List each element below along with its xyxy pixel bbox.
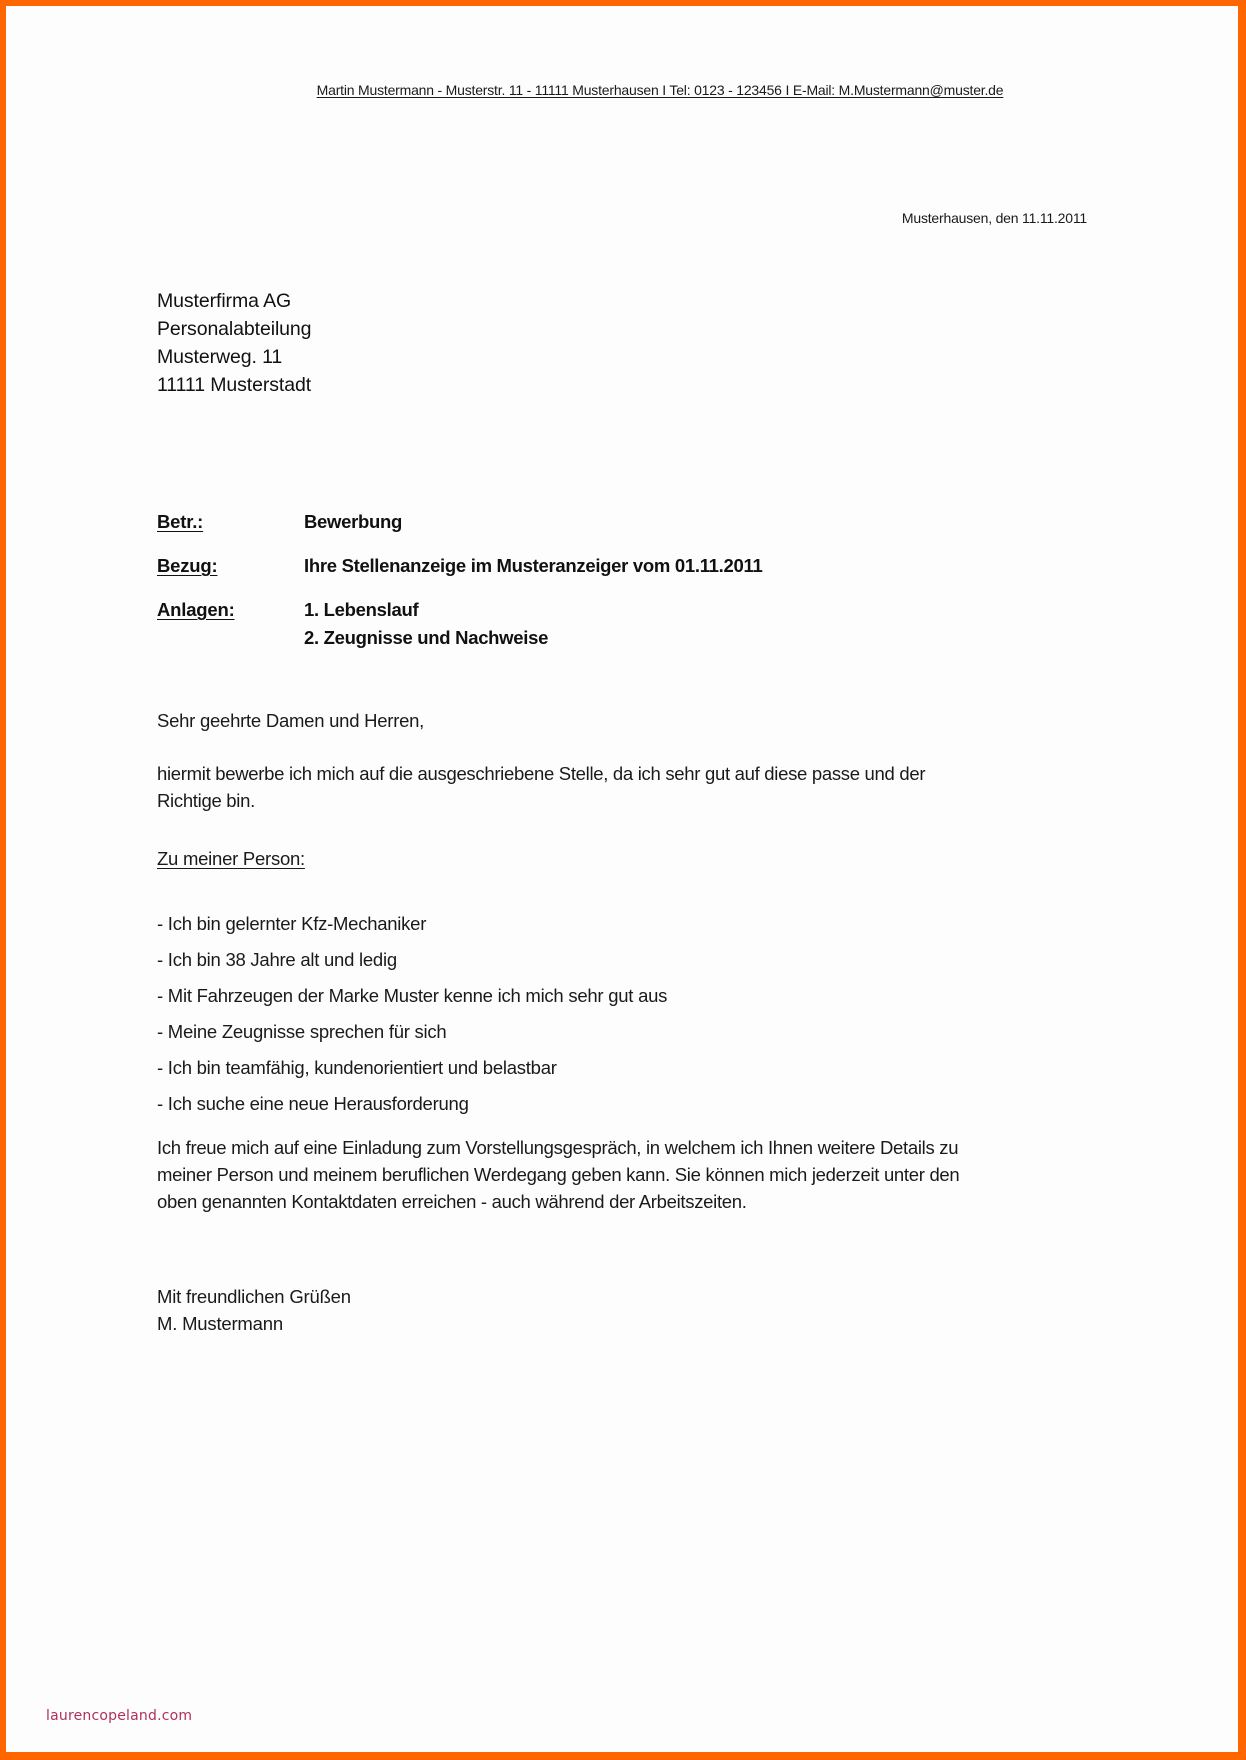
list-item: - Ich bin 38 Jahre alt und ledig xyxy=(157,942,667,978)
sender-contact-line: Martin Mustermann - Musterstr. 11 - 1111… xyxy=(317,82,1004,98)
list-item: - Ich bin teamfähig, kundenorientiert un… xyxy=(157,1050,667,1086)
reference-value: Ihre Stellenanzeige im Musteranzeiger vo… xyxy=(304,555,762,577)
list-item: - Meine Zeugnisse sprechen für sich xyxy=(157,1014,667,1050)
list-item: - Ich suche eine neue Herausforderung xyxy=(157,1086,667,1122)
recipient-address: Musterfirma AG Personalabteilung Musterw… xyxy=(157,287,311,399)
recipient-street: Musterweg. 11 xyxy=(157,343,311,371)
watermark-text: laurencopeland.com xyxy=(46,1708,192,1724)
closing-greeting: Mit freundlichen Grüßen xyxy=(157,1283,351,1310)
letter-date: Musterhausen, den 11.11.2011 xyxy=(902,210,1087,226)
sender-header: Martin Mustermann - Musterstr. 11 - 1111… xyxy=(6,82,1246,98)
section-heading: Zu meiner Person: xyxy=(157,848,305,870)
recipient-city: 11111 Musterstadt xyxy=(157,371,311,399)
intro-line: Richtige bin. xyxy=(157,787,1117,814)
closing-line: oben genannten Kontaktdaten erreichen - … xyxy=(157,1188,1117,1215)
attachments-label: Anlagen: xyxy=(157,599,235,621)
attachment-item: 2. Zeugnisse und Nachweise xyxy=(304,627,548,649)
salutation: Sehr geehrte Damen und Herren, xyxy=(157,710,424,732)
recipient-department: Personalabteilung xyxy=(157,315,311,343)
closing-line: Ich freue mich auf eine Einladung zum Vo… xyxy=(157,1134,1117,1161)
list-item: - Ich bin gelernter Kfz-Mechaniker xyxy=(157,906,667,942)
closing-line: meiner Person und meinem beruflichen Wer… xyxy=(157,1161,1117,1188)
reference-label: Bezug: xyxy=(157,555,217,577)
subject-value: Bewerbung xyxy=(304,511,402,533)
subject-label: Betr.: xyxy=(157,511,203,533)
qualification-list: - Ich bin gelernter Kfz-Mechaniker - Ich… xyxy=(157,906,667,1122)
closing-paragraph: Ich freue mich auf eine Einladung zum Vo… xyxy=(157,1134,1117,1215)
letter-closing: Mit freundlichen Grüßen M. Mustermann xyxy=(157,1283,351,1337)
letter-page: Martin Mustermann - Musterstr. 11 - 1111… xyxy=(0,0,1246,1760)
list-item: - Mit Fahrzeugen der Marke Muster kenne … xyxy=(157,978,667,1014)
intro-paragraph: hiermit bewerbe ich mich auf die ausgesc… xyxy=(157,760,1117,814)
attachment-item: 1. Lebenslauf xyxy=(304,599,418,621)
recipient-company: Musterfirma AG xyxy=(157,287,311,315)
signature: M. Mustermann xyxy=(157,1310,351,1337)
intro-line: hiermit bewerbe ich mich auf die ausgesc… xyxy=(157,760,1117,787)
